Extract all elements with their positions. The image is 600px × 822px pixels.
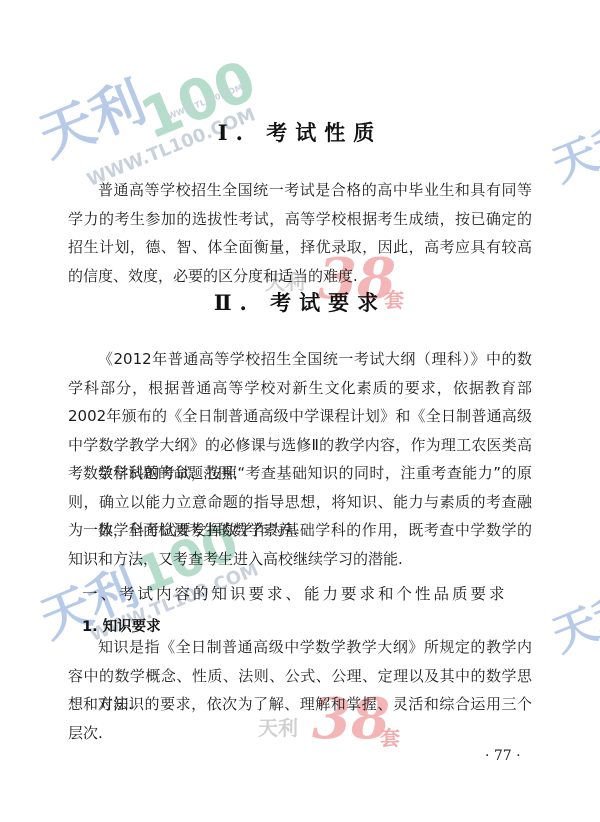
section-2-heading: Ⅱ. 考试要求 [0, 287, 600, 317]
watermark-tianli-right-bottom: 天利 [541, 572, 600, 664]
section-1-paragraph: 普通高等学校招生全国统一考试是合格的高中毕业生和具有同等学力的考生参加的选拔性考… [68, 176, 532, 290]
section-1-heading: Ⅰ. 考试性质 [0, 117, 600, 147]
watermark-url-small-top: WWW.TL100.COM [167, 83, 244, 121]
section-2-paragraph-3: 数学科考试要发挥数学作为基础学科的作用，既考查中学数学的知识和方法，又考查考生进… [68, 516, 532, 573]
knowledge-paragraph-2: 对知识的要求，依次为了解、理解和掌握、灵活和综合运用三个层次. [68, 690, 532, 747]
page-number: · 77 · [485, 748, 521, 764]
content-requirements-subheading: 一、考试内容的知识要求、能力要求和个性品质要求 [82, 582, 508, 604]
document-page: 天利 100 WWW.TL100.COM WWW.TL100.COM 天利 天利… [0, 0, 600, 822]
watermark-tianli-right-top: 天利 [541, 102, 600, 194]
